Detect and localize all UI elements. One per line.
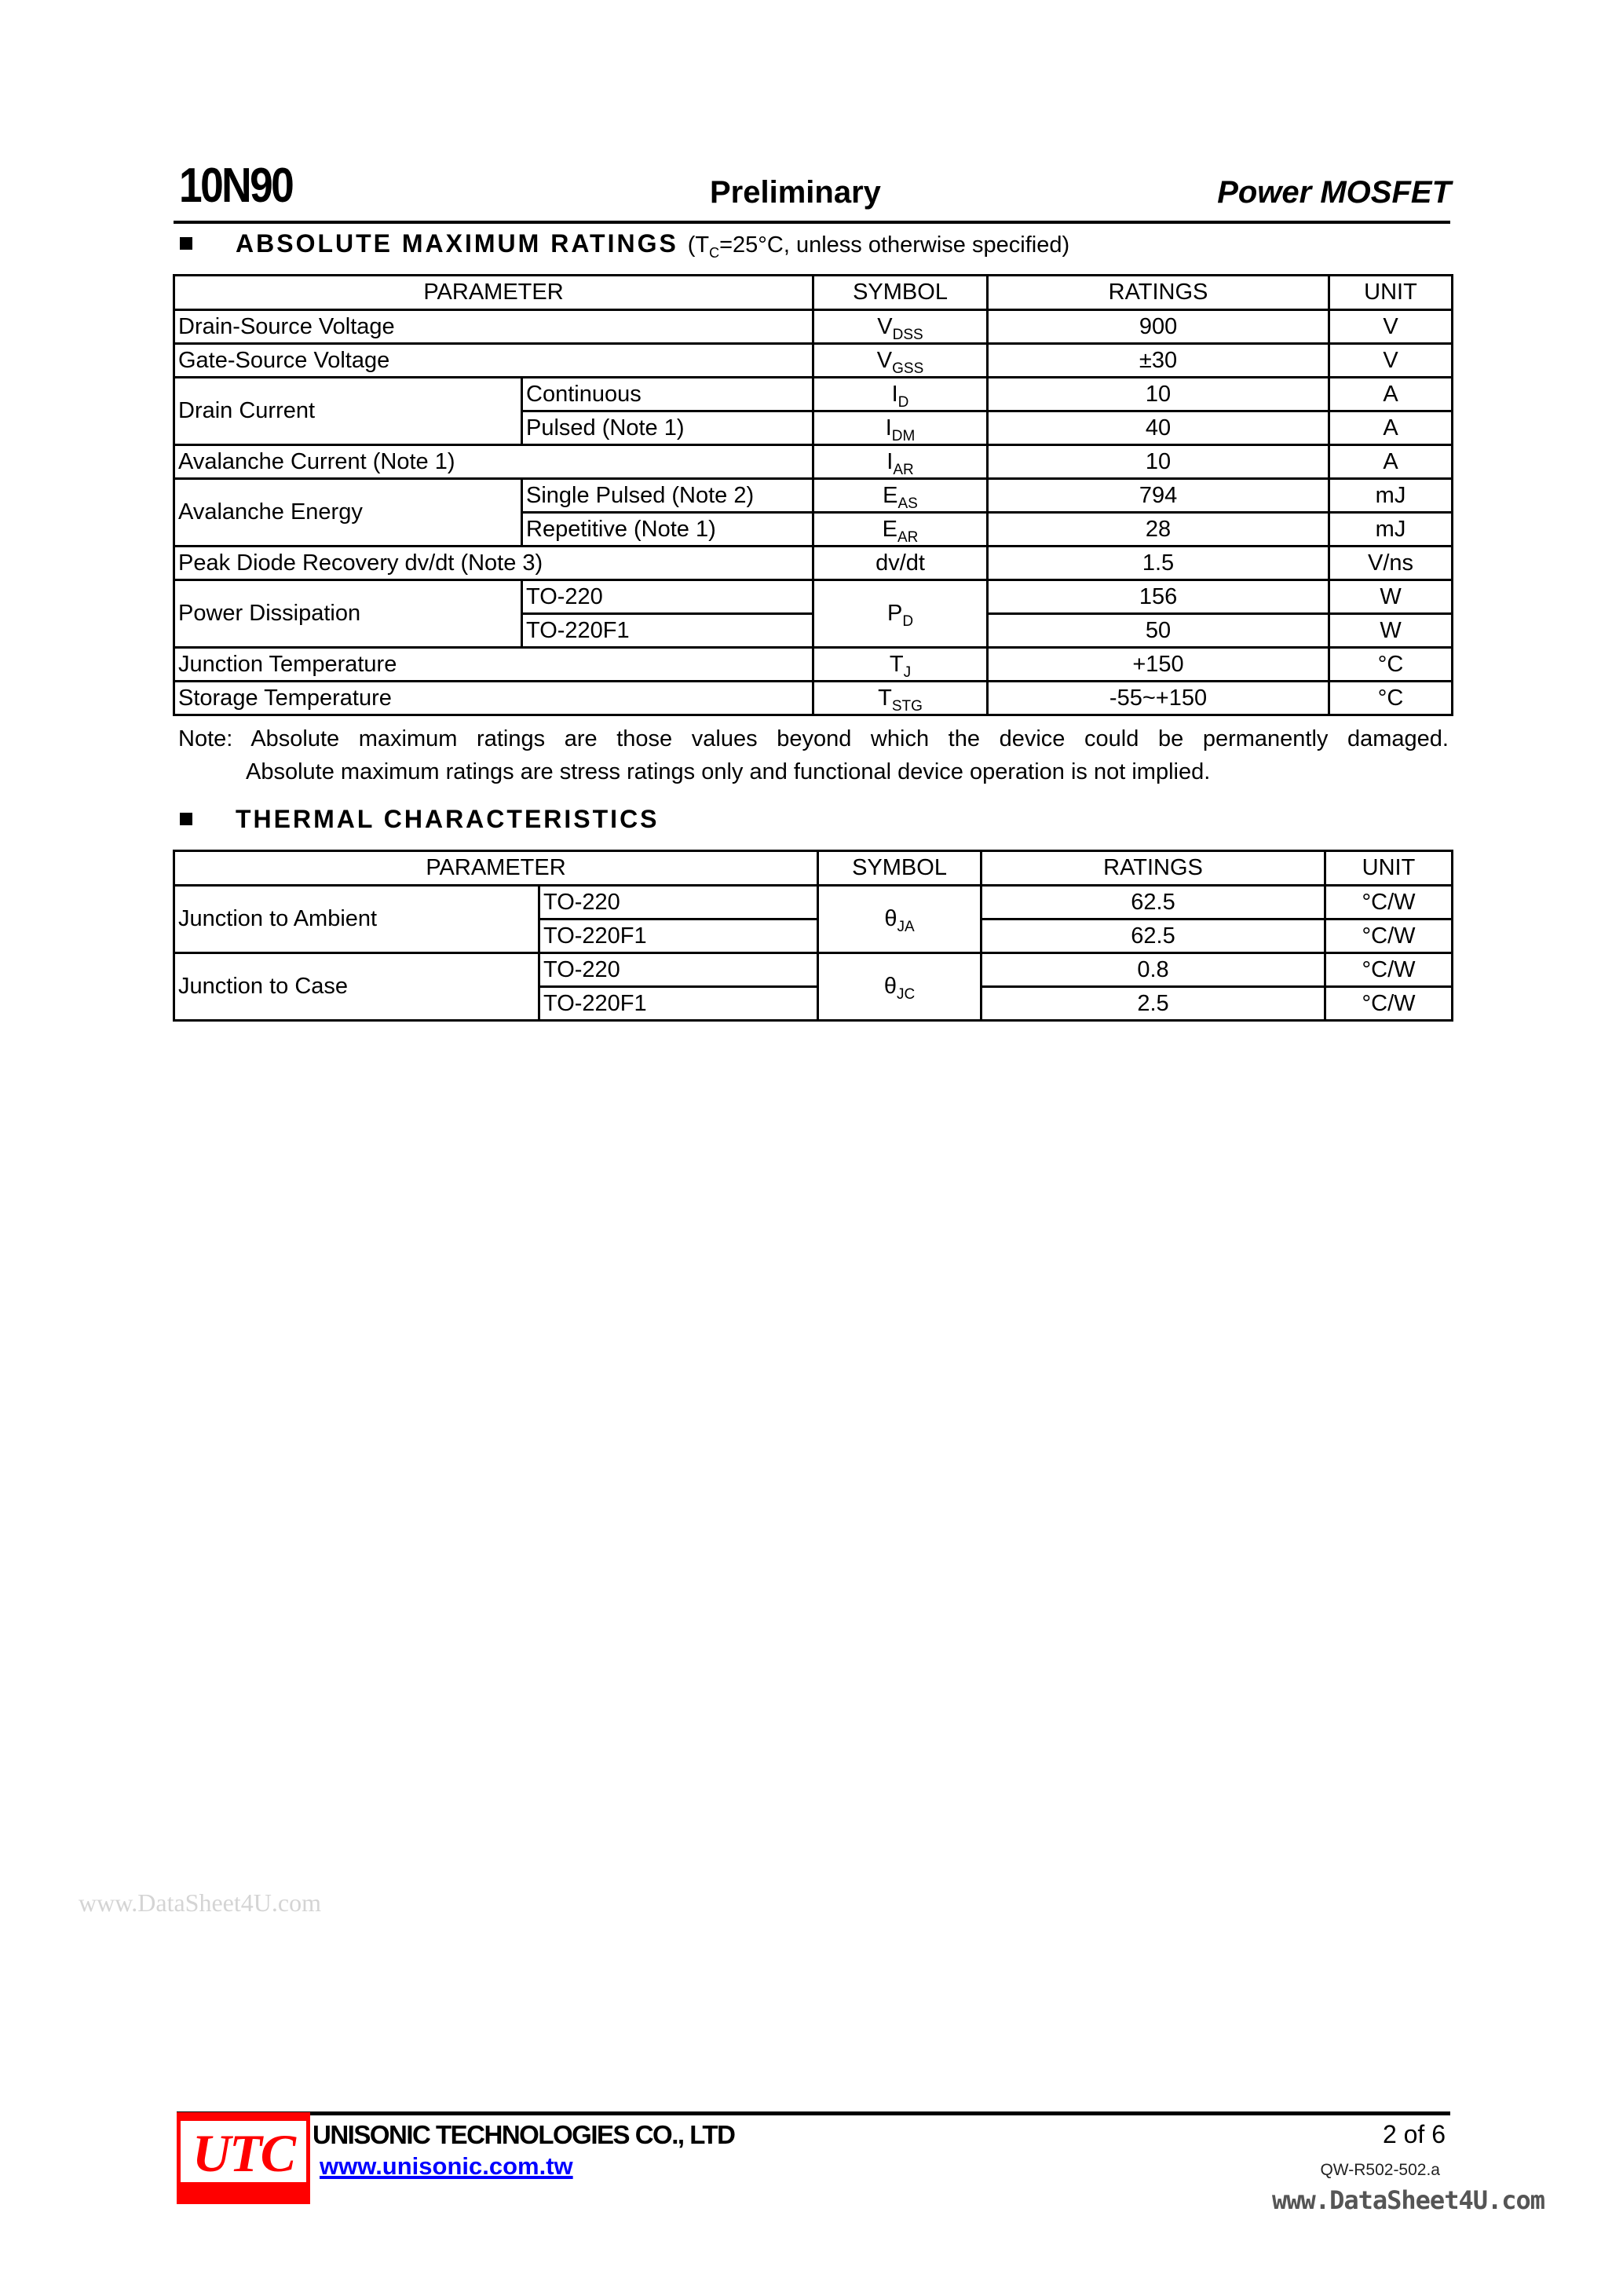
rating-cell: 2.5 bbox=[981, 987, 1325, 1021]
table-row: Power DissipationTO-220PD156W bbox=[174, 580, 1453, 614]
sub-parameter-cell: TO-220F1 bbox=[539, 919, 818, 953]
unit-cell: V bbox=[1329, 344, 1453, 378]
company-website-link[interactable]: www.unisonic.com.tw bbox=[320, 2152, 573, 2181]
unit-cell: mJ bbox=[1329, 513, 1453, 547]
abs-max-table: PARAMETER SYMBOL RATINGS UNIT Drain-Sour… bbox=[173, 274, 1453, 716]
unit-cell: °C/W bbox=[1325, 953, 1453, 987]
parameter-cell: Junction to Ambient bbox=[174, 886, 539, 953]
symbol-cell: IDM bbox=[813, 411, 988, 445]
parameter-cell: Avalanche Current (Note 1) bbox=[174, 445, 813, 479]
parameter-cell: Peak Diode Recovery dv/dt (Note 3) bbox=[174, 547, 813, 580]
unit-cell: °C/W bbox=[1325, 919, 1453, 953]
col-header-parameter: PARAMETER bbox=[174, 276, 813, 310]
table-row: Storage TemperatureTSTG-55~+150°C bbox=[174, 682, 1453, 715]
rating-cell: 10 bbox=[988, 378, 1329, 411]
section-bullet-icon bbox=[180, 237, 192, 250]
section-title-abs-max: ABSOLUTE MAXIMUM RATINGS (TC=25°C, unles… bbox=[236, 228, 1069, 269]
table-row: Junction to CaseTO-220θJC0.8°C/W bbox=[174, 953, 1453, 987]
sub-parameter-cell: Pulsed (Note 1) bbox=[522, 411, 813, 445]
unit-cell: mJ bbox=[1329, 479, 1453, 513]
sub-parameter-cell: Continuous bbox=[522, 378, 813, 411]
table-header-row: PARAMETER SYMBOL RATINGS UNIT bbox=[174, 276, 1453, 310]
rating-cell: ±30 bbox=[988, 344, 1329, 378]
parameter-cell: Drain-Source Voltage bbox=[174, 310, 813, 344]
unit-cell: W bbox=[1329, 614, 1453, 648]
symbol-cell: θJC bbox=[818, 953, 981, 1021]
table-row: Drain-Source VoltageVDSS900V bbox=[174, 310, 1453, 344]
table-row: Junction to AmbientTO-220θJA62.5°C/W bbox=[174, 886, 1453, 919]
col-header-symbol: SYMBOL bbox=[818, 851, 981, 886]
abs-max-title: ABSOLUTE MAXIMUM RATINGS bbox=[236, 229, 678, 258]
table-row: Drain CurrentContinuousID10A bbox=[174, 378, 1453, 411]
symbol-cell: ID bbox=[813, 378, 988, 411]
utc-logo: UTC bbox=[177, 2112, 310, 2204]
unit-cell: A bbox=[1329, 411, 1453, 445]
rating-cell: 0.8 bbox=[981, 953, 1325, 987]
rating-cell: -55~+150 bbox=[988, 682, 1329, 715]
unit-cell: °C bbox=[1329, 648, 1453, 682]
sub-parameter-cell: TO-220F1 bbox=[522, 614, 813, 648]
sub-parameter-cell: TO-220 bbox=[539, 886, 818, 919]
thermal-table: PARAMETER SYMBOL RATINGS UNIT Junction t… bbox=[173, 850, 1453, 1022]
section-title-thermal: THERMAL CHARACTERISTICS bbox=[236, 803, 660, 835]
col-header-symbol: SYMBOL bbox=[813, 276, 988, 310]
parameter-cell: Avalanche Energy bbox=[174, 479, 522, 547]
symbol-cell: EAS bbox=[813, 479, 988, 513]
unit-cell: A bbox=[1329, 378, 1453, 411]
symbol-cell: θJA bbox=[818, 886, 981, 953]
footer-divider bbox=[177, 2111, 1450, 2115]
logo-background: UTC bbox=[181, 2121, 306, 2182]
sub-parameter-cell: TO-220F1 bbox=[539, 987, 818, 1021]
rating-cell: 794 bbox=[988, 479, 1329, 513]
header-divider bbox=[174, 221, 1450, 224]
unit-cell: °C/W bbox=[1325, 987, 1453, 1021]
col-header-parameter: PARAMETER bbox=[174, 851, 818, 886]
parameter-cell: Drain Current bbox=[174, 378, 522, 445]
unit-cell: W bbox=[1329, 580, 1453, 614]
rating-cell: 156 bbox=[988, 580, 1329, 614]
sub-parameter-cell: TO-220 bbox=[522, 580, 813, 614]
unit-cell: V bbox=[1329, 310, 1453, 344]
symbol-cell: TSTG bbox=[813, 682, 988, 715]
parameter-cell: Junction to Case bbox=[174, 953, 539, 1021]
sub-parameter-cell: Repetitive (Note 1) bbox=[522, 513, 813, 547]
logo-text: UTC bbox=[181, 2126, 306, 2181]
rating-cell: 50 bbox=[988, 614, 1329, 648]
part-number: 10N90 bbox=[179, 160, 292, 212]
sub-parameter-cell: TO-220 bbox=[539, 953, 818, 987]
note-line-1: Note: Absolute maximum ratings are those… bbox=[178, 726, 1449, 752]
symbol-cell: PD bbox=[813, 580, 988, 648]
document-code: QW-R502-502.a bbox=[1320, 2161, 1440, 2180]
rating-cell: 10 bbox=[988, 445, 1329, 479]
rating-cell: 62.5 bbox=[981, 919, 1325, 953]
rating-cell: 900 bbox=[988, 310, 1329, 344]
product-type: Power MOSFET bbox=[1217, 174, 1451, 210]
document-status: Preliminary bbox=[710, 174, 881, 210]
unit-cell: A bbox=[1329, 445, 1453, 479]
col-header-unit: UNIT bbox=[1325, 851, 1453, 886]
symbol-cell: EAR bbox=[813, 513, 988, 547]
rating-cell: 62.5 bbox=[981, 886, 1325, 919]
col-header-unit: UNIT bbox=[1329, 276, 1453, 310]
symbol-cell: TJ bbox=[813, 648, 988, 682]
table-row: Peak Diode Recovery dv/dt (Note 3)dv/dt1… bbox=[174, 547, 1453, 580]
rating-cell: 1.5 bbox=[988, 547, 1329, 580]
symbol-cell: dv/dt bbox=[813, 547, 988, 580]
note-line-2: Absolute maximum ratings are stress rati… bbox=[246, 759, 1210, 785]
unit-cell: V/ns bbox=[1329, 547, 1453, 580]
company-name: UNISONIC TECHNOLOGIES CO., LTD bbox=[313, 2120, 734, 2150]
page-number: 2 of 6 bbox=[1383, 2120, 1446, 2148]
rating-cell: 40 bbox=[988, 411, 1329, 445]
watermark-footer: www.DataSheet4U.com bbox=[1272, 2186, 1544, 2214]
parameter-cell: Junction Temperature bbox=[174, 648, 813, 682]
table-row: Junction TemperatureTJ+150°C bbox=[174, 648, 1453, 682]
parameter-cell: Storage Temperature bbox=[174, 682, 813, 715]
col-header-ratings: RATINGS bbox=[981, 851, 1325, 886]
table-row: Gate-Source VoltageVGSS±30V bbox=[174, 344, 1453, 378]
symbol-cell: VGSS bbox=[813, 344, 988, 378]
symbol-cell: VDSS bbox=[813, 310, 988, 344]
table-header-row: PARAMETER SYMBOL RATINGS UNIT bbox=[174, 851, 1453, 886]
col-header-ratings: RATINGS bbox=[988, 276, 1329, 310]
sub-parameter-cell: Single Pulsed (Note 2) bbox=[522, 479, 813, 513]
parameter-cell: Gate-Source Voltage bbox=[174, 344, 813, 378]
table-row: Avalanche Current (Note 1)IAR10A bbox=[174, 445, 1453, 479]
unit-cell: °C/W bbox=[1325, 886, 1453, 919]
rating-cell: 28 bbox=[988, 513, 1329, 547]
parameter-cell: Power Dissipation bbox=[174, 580, 522, 648]
abs-max-condition: (TC=25°C, unless otherwise specified) bbox=[688, 232, 1069, 258]
watermark-text: www.DataSheet4U.com bbox=[79, 1888, 321, 1918]
section-bullet-icon bbox=[180, 813, 192, 825]
unit-cell: °C bbox=[1329, 682, 1453, 715]
table-row: Avalanche EnergySingle Pulsed (Note 2)EA… bbox=[174, 479, 1453, 513]
rating-cell: +150 bbox=[988, 648, 1329, 682]
symbol-cell: IAR bbox=[813, 445, 988, 479]
